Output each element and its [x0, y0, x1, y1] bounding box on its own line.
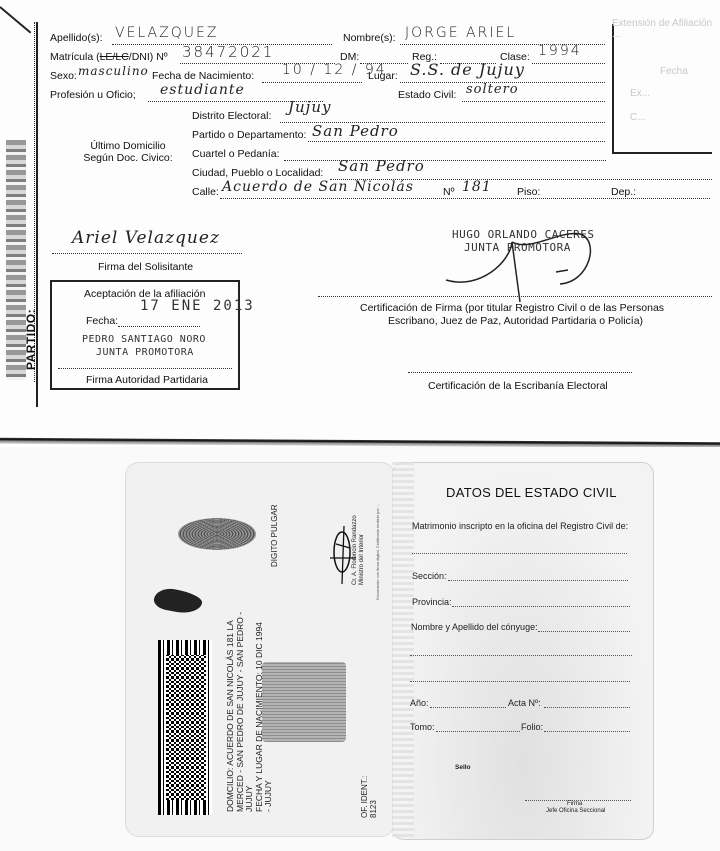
conyuge-line-2 — [410, 655, 632, 656]
provincia-line — [452, 606, 630, 607]
fecha-line — [118, 326, 200, 327]
matricula-suffix: /DNI) Nº — [129, 51, 168, 63]
distrito-label: Distrito Electoral: — [192, 110, 271, 122]
certificacion-firma-line1: Certificación de Firma (por titular Regi… — [360, 302, 664, 314]
bleed-text: Extensión de Afiliación ... — [612, 18, 720, 40]
solicitante-signature-label: Firma del Solisitante — [98, 261, 193, 273]
autoridad-signature-line — [58, 368, 232, 369]
matricula-struck: LE/LC — [100, 51, 129, 63]
apellido-field[interactable]: VELAZQUEZ — [115, 25, 218, 41]
nombre-field[interactable]: JORGE ARIEL — [405, 25, 516, 41]
conyuge-line — [538, 631, 630, 632]
lugar-label: Lugar: — [368, 70, 398, 82]
apellido-label: Apellido(s): — [50, 32, 103, 44]
dep-label: Dep.: — [610, 186, 637, 198]
matricula-field[interactable]: 38472021 — [182, 43, 274, 61]
distrito-field[interactable]: Jujuy — [288, 98, 331, 116]
signer-name: Cr. A. Florencio Randazzo — [352, 515, 359, 585]
conyuge-line-3 — [410, 681, 630, 682]
domicilio-heading-line1: Último Domicilio — [82, 140, 174, 152]
folio-line — [544, 731, 630, 732]
matrimonio-label: Matrimonio inscripto en la oficina del R… — [412, 521, 628, 531]
cuartel-line — [284, 160, 606, 161]
side-stamp-label: PARTIDO: — [24, 309, 38, 370]
certificacion-firma-line — [318, 296, 712, 297]
certificacion-signature-scribble — [440, 222, 600, 312]
partido-label: Partido o Departamento: — [192, 129, 306, 141]
domicilio-line2: MERCED - SAN PEDRO DE JUJUY - SAN PEDRO … — [236, 612, 246, 812]
autoridad-stamp-line2: JUNTA PROMOTORA — [96, 347, 194, 358]
autoridad-signature-label: Firma Autoridad Partidaria — [86, 374, 208, 386]
fecha-label: Fecha: — [86, 315, 118, 327]
nacimiento-line2: - JUJUY — [264, 612, 274, 812]
numero-label: Nº — [442, 186, 455, 198]
autoridad-stamp-line1: PEDRO SANTIAGO NORO — [82, 334, 206, 345]
aceptacion-date-stamp: 17 ENE 2013 — [140, 298, 255, 314]
ciudad-label: Ciudad, Pueblo o Localidad: — [192, 167, 323, 179]
piso-label: Piso: — [516, 186, 541, 198]
escribania-line — [408, 372, 632, 373]
nombre-label: Nombre(s): — [343, 32, 396, 44]
estado-civil-field[interactable]: soltero — [466, 82, 519, 97]
ciudad-field[interactable]: San Pedro — [338, 157, 425, 175]
of-ident-label: OF. IDENT.: — [360, 776, 369, 818]
anio-line — [430, 707, 506, 708]
registro-civil-line — [412, 553, 627, 554]
provincia-label: Provincia: — [412, 597, 452, 607]
estado-civil-title: DATOS DEL ESTADO CIVIL — [446, 485, 617, 500]
bleed-text: Fecha — [660, 66, 688, 77]
bleed-text: C... — [630, 112, 646, 123]
estado-civil-page — [392, 462, 654, 840]
signer-note: Documento con firma digital. Certificado… — [375, 504, 380, 600]
profesion-label: Profesión u Oficio; — [50, 89, 136, 101]
tomo-line — [436, 731, 520, 732]
tomo-label: Tomo: — [410, 722, 435, 732]
fingerprint-image — [178, 518, 256, 550]
stamp-smudge — [6, 140, 26, 380]
digito-pulgar-label: DIGITO PULGAR — [270, 504, 279, 567]
cuartel-label: Cuartel o Pedanía: — [192, 148, 280, 160]
numero-field[interactable]: 181 — [462, 179, 492, 195]
of-ident-block: OF. IDENT.: 8123 — [360, 776, 378, 818]
profesion-field[interactable]: estudiante — [160, 82, 245, 98]
solicitante-signature: Ariel Velazquez — [72, 228, 220, 248]
clase-field[interactable]: 1994 — [538, 43, 582, 59]
domicilio-heading-line2: Según Doc. Civico: — [82, 152, 174, 164]
page-edge-texture — [392, 462, 414, 837]
anio-label: Año: — [410, 698, 429, 708]
jefe-oficina-label: Jefe Oficina Seccional — [546, 808, 605, 814]
solicitante-signature-line — [52, 253, 242, 254]
domicilio-block: DOMCILIO: ACUERDO DE SAN NICOLÁS 181 LA … — [226, 612, 274, 812]
seccion-line — [448, 580, 628, 581]
fecha-nacimiento-line — [262, 82, 362, 83]
estado-civil-label: Estado Civil: — [398, 89, 456, 101]
calle-field[interactable]: Acuerdo de San Nicolás — [222, 179, 414, 195]
sexo-field[interactable]: masculino — [78, 64, 149, 78]
photo-box — [612, 24, 712, 154]
of-ident-value: 8123 — [369, 776, 378, 818]
escribania-label: Certificación de la Escribanía Electoral — [428, 380, 608, 392]
holder-photo — [262, 662, 346, 742]
partido-field[interactable]: San Pedro — [312, 122, 399, 140]
signer-block: Cr. A. Florencio Randazzo Ministro del I… — [352, 515, 366, 585]
signer-title: Ministro del Interior — [359, 515, 366, 585]
matricula-prefix: Matrícula ( — [50, 51, 100, 63]
clase-line — [532, 63, 605, 64]
acta-line — [544, 707, 630, 708]
calle-label: Calle: — [192, 186, 219, 198]
partido-line — [308, 141, 605, 142]
side-stamp: PARTIDO: — [4, 140, 30, 400]
firma-label: Firma — [567, 801, 582, 807]
lugar-field[interactable]: S.S. de Jujuy — [410, 60, 525, 79]
folio-label: Folio: — [521, 722, 543, 732]
certificacion-firma-line2: Escribano, Juez de Paz, Autoridad Partid… — [388, 315, 643, 327]
bleed-text: Ex... — [630, 88, 650, 99]
domicilio-heading: Último Domicilio Según Doc. Civico: — [82, 140, 174, 164]
estado-civil-line — [462, 101, 605, 102]
sexo-label: Sexo: — [50, 70, 77, 82]
matricula-label: Matrícula (LE/LC/DNI) Nº — [50, 51, 168, 63]
fecha-nacimiento-label: Fecha de Nacimiento: — [152, 70, 254, 82]
sello-label: Sello — [455, 764, 471, 771]
barcode-data-pattern — [166, 655, 206, 800]
calle-line — [220, 198, 710, 199]
seccion-label: Sección: — [412, 571, 447, 581]
acta-label: Acta Nº: — [508, 698, 541, 708]
conyuge-label: Nombre y Apellido del cónyuge: — [411, 622, 538, 632]
